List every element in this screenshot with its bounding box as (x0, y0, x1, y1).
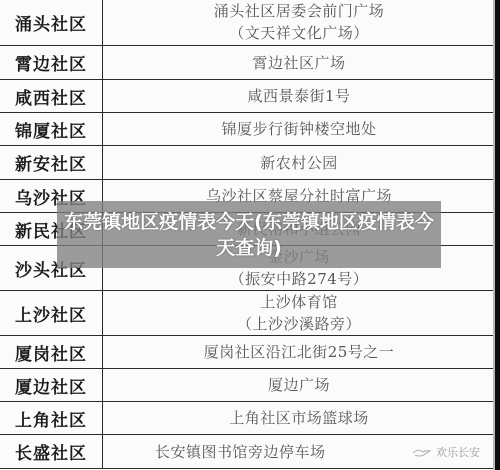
table-row: 涌头社区 涌头社区居委会前门广场 （文天祥文化广场） (0, 0, 495, 46)
community-name: 上角社区 (0, 402, 103, 435)
community-name: 上沙社区 (0, 291, 103, 336)
table-row: 咸西社区 咸西景泰街1号 (0, 80, 495, 113)
watermark: 欢乐长安 (412, 444, 480, 460)
community-name: 咸西社区 (0, 80, 103, 113)
location-line: 厦岗社区沿江北街25号之一 (103, 341, 495, 363)
location-cell: 涌头社区居委会前门广场 （文天祥文化广场） (103, 0, 496, 46)
location-cell: 霄边社区广场 (103, 46, 496, 80)
table-row: 上角社区 上角社区市场篮球场 (0, 402, 495, 435)
location-line: 霄边社区广场 (103, 52, 495, 74)
location-line: （上沙沙溪路旁） (103, 313, 495, 335)
location-cell: 新农村公园 (103, 146, 496, 180)
table-row: 锦厦社区 锦厦步行街钟楼空地处 (0, 113, 495, 146)
table-row: 上沙社区 上沙体育馆 （上沙沙溪路旁） (0, 291, 495, 336)
location-cell: 上沙体育馆 （上沙沙溪路旁） (103, 291, 496, 336)
location-cell: 厦边广场 (103, 369, 496, 402)
location-line: （文天祥文化广场） (103, 22, 495, 44)
community-name: 涌头社区 (0, 0, 103, 46)
location-line: 涌头社区居委会前门广场 (103, 0, 495, 22)
location-cell: 咸西景泰街1号 (103, 80, 496, 113)
location-line: 咸西景泰街1号 (103, 85, 495, 107)
table-row: 新安社区 新农村公园 (0, 146, 495, 180)
community-name: 厦边社区 (0, 369, 103, 402)
document-page: 涌头社区 涌头社区居委会前门广场 （文天祥文化广场） 霄边社区 霄边社区广场 咸… (0, 0, 500, 470)
location-line: 上角社区市场篮球场 (103, 407, 495, 429)
title-overlay: 东莞镇地区疫情表今天(东莞镇地区疫情表今天查询) (57, 201, 441, 268)
location-line: 锦厦步行街钟楼空地处 (103, 118, 495, 140)
location-cell: 锦厦步行街钟楼空地处 (103, 113, 496, 146)
right-edge-band (495, 0, 500, 470)
wechat-bird-icon (412, 446, 432, 458)
community-name: 新安社区 (0, 146, 103, 180)
location-cell: 上角社区市场篮球场 (103, 402, 496, 435)
table-row: 霄边社区 霄边社区广场 (0, 46, 495, 80)
community-name: 长盛社区 (0, 435, 103, 469)
location-line: 上沙体育馆 (103, 291, 495, 313)
community-name: 霄边社区 (0, 46, 103, 80)
watermark-text: 欢乐长安 (436, 444, 480, 460)
location-cell: 厦岗社区沿江北街25号之一 (103, 336, 496, 369)
community-name: 厦岗社区 (0, 336, 103, 369)
community-name: 锦厦社区 (0, 113, 103, 146)
overlay-title: 东莞镇地区疫情表今天(东莞镇地区疫情表今天查询) (64, 209, 434, 261)
table-row: 厦边社区 厦边广场 (0, 369, 495, 402)
location-line: 新农村公园 (103, 152, 495, 174)
location-line: （振安中路274号） (103, 268, 495, 290)
table-row: 厦岗社区 厦岗社区沿江北街25号之一 (0, 336, 495, 369)
location-line: 厦边广场 (103, 374, 495, 396)
